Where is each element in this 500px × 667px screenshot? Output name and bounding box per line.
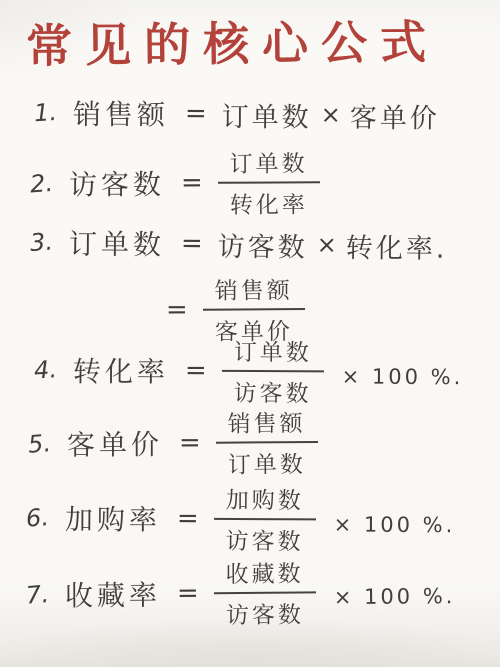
formula-term: 客单价 [67, 423, 163, 464]
fraction: 订单数 转化率 [218, 145, 320, 220]
fraction: 收藏数 访客数 [213, 555, 316, 630]
equals-sign: = [179, 428, 202, 458]
fraction-numerator: 销售额 [215, 405, 317, 444]
formula-number: 7. [25, 580, 50, 610]
fraction-denominator: 订单数 [228, 443, 306, 480]
fraction-denominator: 访客数 [226, 520, 304, 556]
operand: 客单价 [350, 95, 440, 135]
equals-sign: = [177, 504, 200, 534]
formula-number: 4. [33, 355, 58, 384]
equals-sign: = [177, 578, 200, 608]
fraction-numerator: 订单数 [218, 145, 320, 184]
fraction: 销售额 订单数 [215, 405, 318, 480]
percent-suffix: × 100 %. [334, 512, 456, 537]
formula-row-7: 7. 收藏率 = 收藏数 访客数 × 100 %. [26, 554, 456, 632]
operand: 访客数 [218, 224, 308, 264]
formula-row-6: 6. 加购率 = 加购数 访客数 × 100 %. [26, 481, 456, 557]
fraction-numerator: 订单数 [222, 334, 324, 373]
formula-number: 1. [33, 98, 58, 127]
fraction-numerator: 加购数 [214, 482, 316, 521]
equals-sign: = [181, 228, 204, 258]
equals-sign: = [185, 99, 208, 129]
formula-number: 6. [25, 503, 50, 532]
percent-suffix: × 100 %. [334, 584, 456, 609]
percent-suffix: × 100 %. [342, 364, 464, 389]
formula-term: 转化率 [73, 350, 169, 391]
operand: 订单数 [222, 94, 312, 134]
equals-sign: = [166, 295, 189, 325]
formula-term: 销售额 [73, 93, 169, 134]
formula-term: 收藏率 [65, 574, 161, 615]
formula-row-1: 1. 销售额 = 订单数 × 客单价 [34, 93, 440, 136]
fraction-numerator: 收藏数 [213, 555, 315, 594]
fraction-denominator: 访客数 [226, 593, 304, 630]
formula-number: 2. [29, 169, 54, 199]
notebook-page: 常见的核心公式 1. 销售额 = 订单数 × 客单价 2. 访客数 = 订单数 … [0, 0, 500, 667]
multiply-sign: × [321, 101, 341, 129]
fraction-denominator: 转化率 [230, 183, 308, 219]
operand: 转化率. [346, 225, 448, 265]
formula-number: 5. [27, 429, 52, 459]
fraction-numerator: 销售额 [203, 272, 305, 311]
fraction: 订单数 访客数 [222, 334, 324, 409]
formula-row-2: 2. 访客数 = 订单数 转化率 [30, 145, 320, 221]
formula-row-5: 5. 客单价 = 销售额 订单数 [28, 405, 318, 481]
fraction-denominator: 访客数 [234, 372, 312, 408]
formula-row-3: 3. 订单数 = 访客数 × 转化率. = 销售额 客单价 [30, 224, 447, 346]
fraction: 加购数 访客数 [214, 482, 316, 557]
equals-sign: = [185, 356, 208, 386]
formula-row-4: 4. 转化率 = 订单数 访客数 × 100 %. [34, 333, 464, 409]
formula-term: 订单数 [69, 223, 165, 264]
formula-number: 3. [29, 228, 54, 257]
equals-sign: = [181, 168, 204, 198]
formula-term: 访客数 [69, 163, 165, 204]
formula-line: 3. 订单数 = 访客数 × 转化率. [30, 222, 448, 266]
multiply-sign: × [317, 231, 337, 259]
formula-term: 加购率 [65, 498, 161, 539]
note-title: 常见的核心公式 [26, 6, 440, 76]
